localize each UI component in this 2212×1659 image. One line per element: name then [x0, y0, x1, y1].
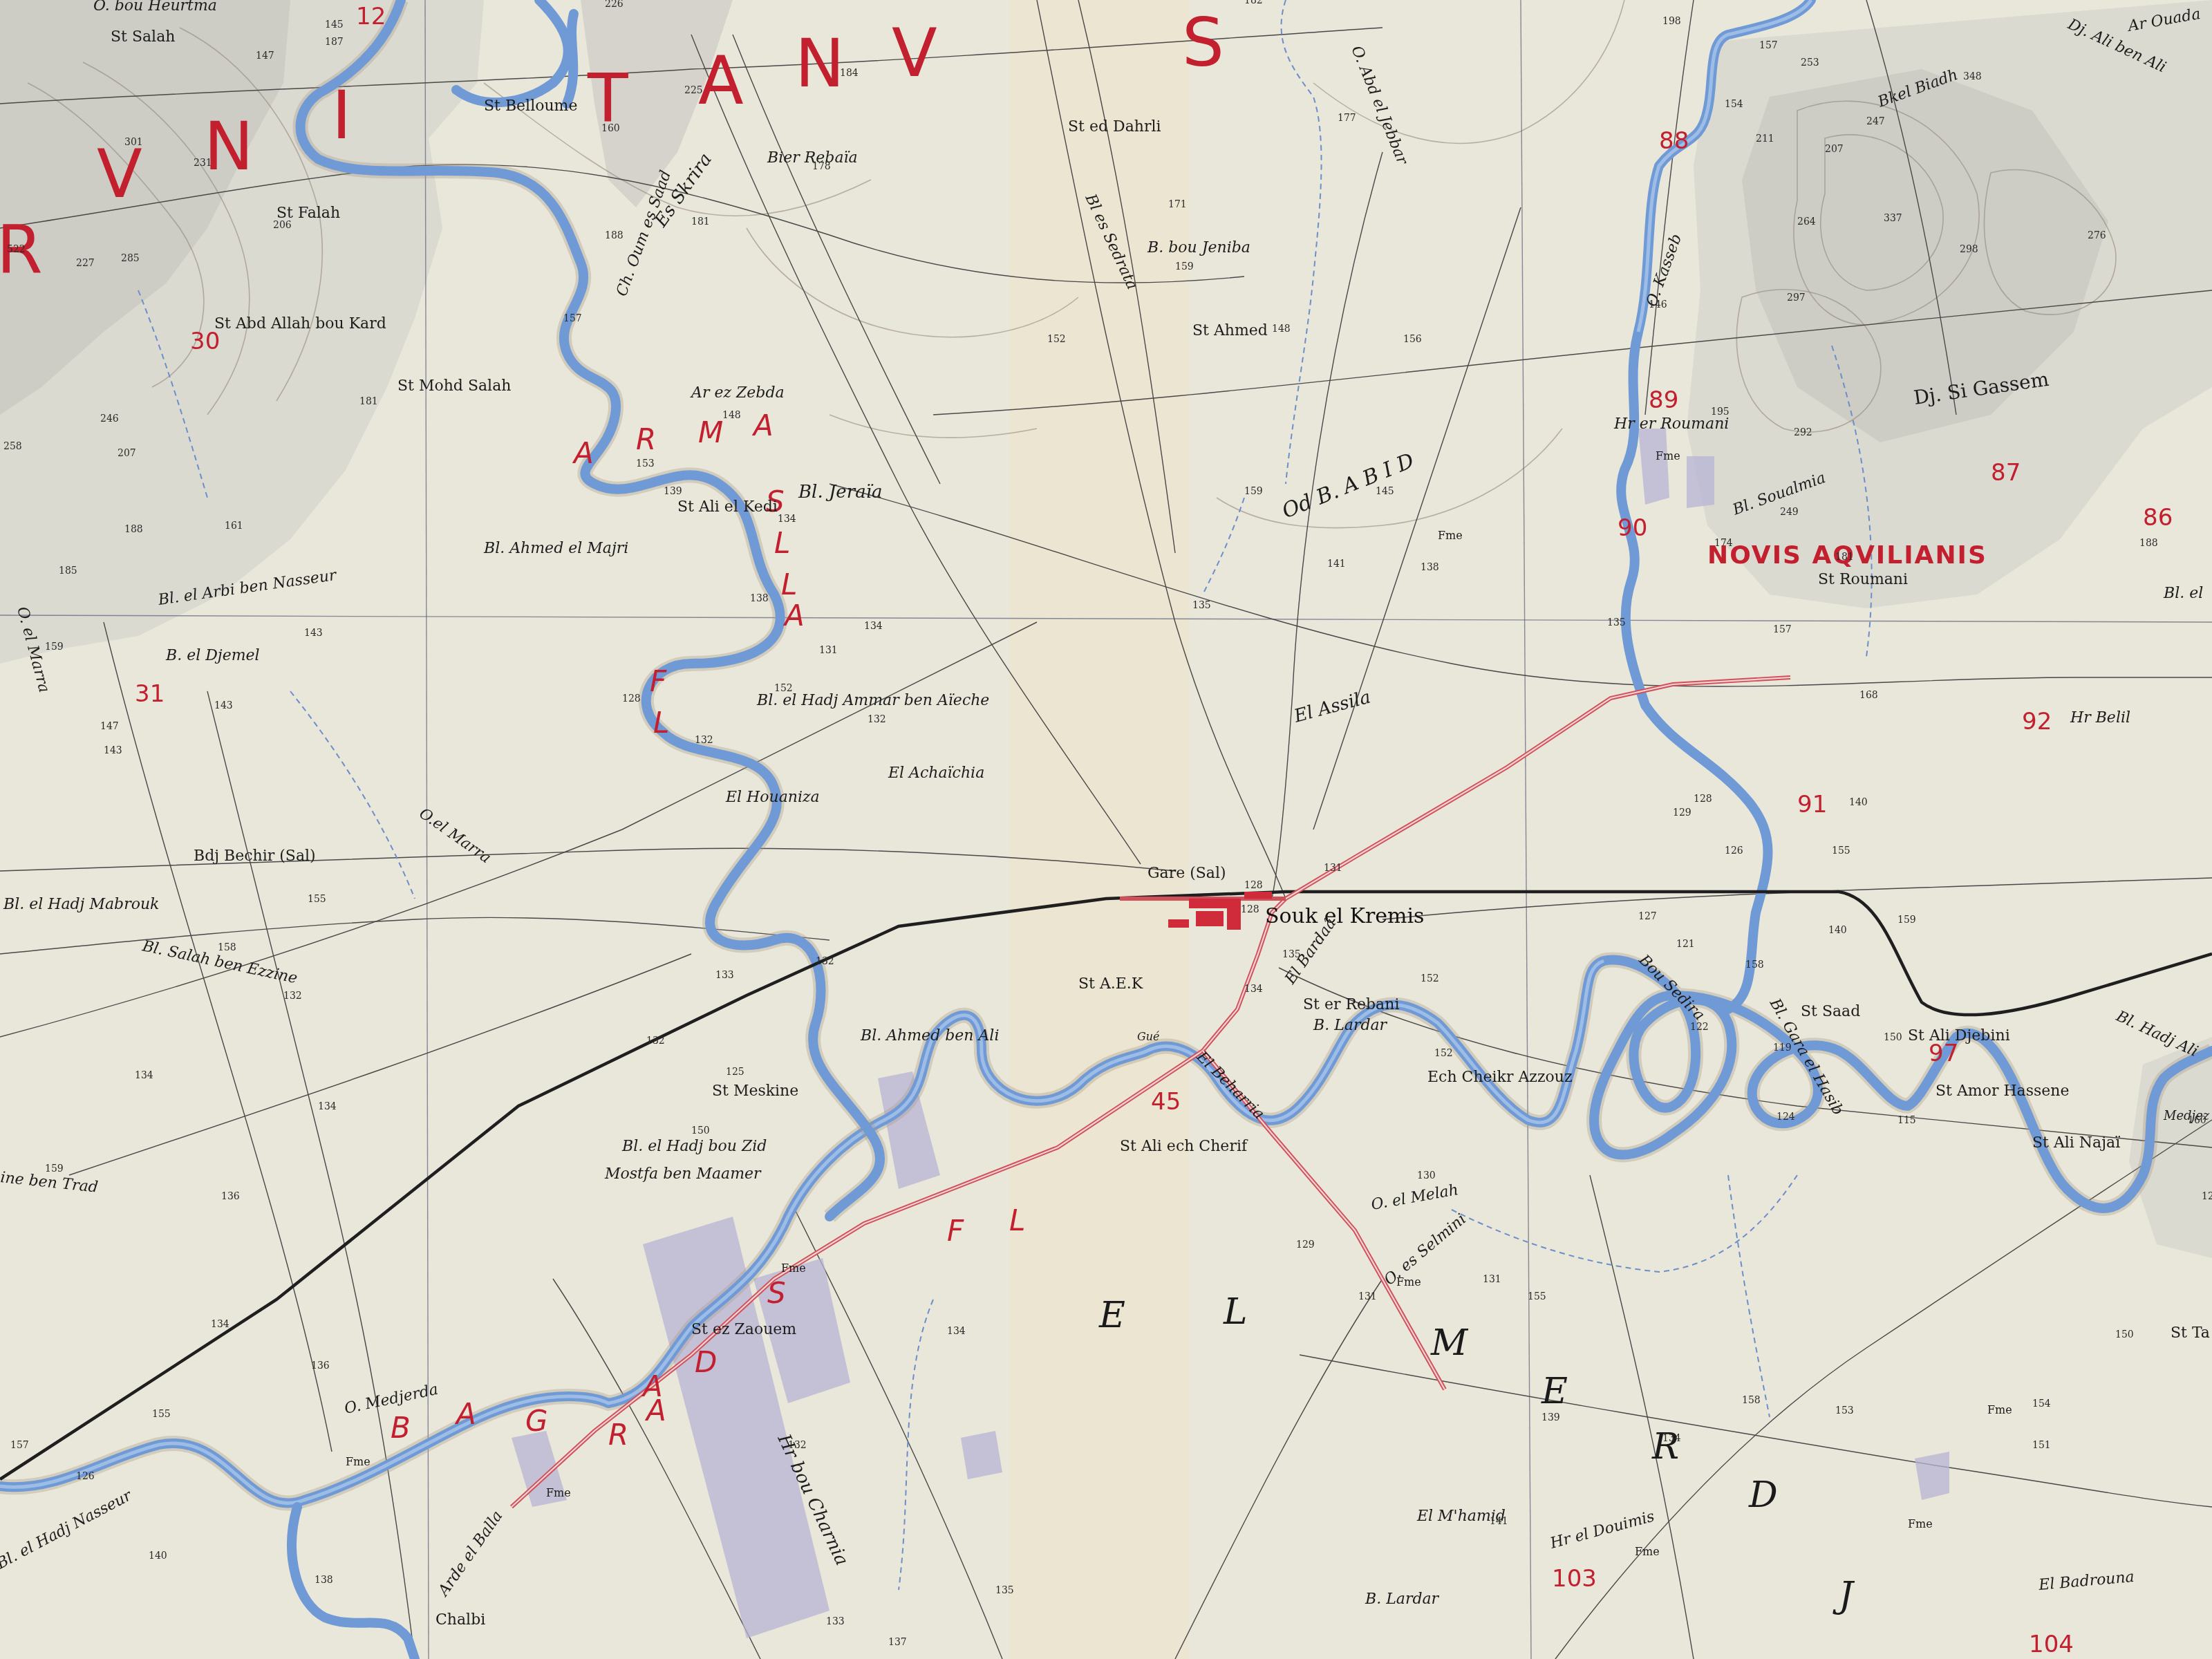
spot-elevation: 171 — [1168, 199, 1187, 210]
spot-elevation: 156 — [1403, 334, 1422, 345]
spot-elevation: 258 — [3, 441, 22, 452]
svg-text:L: L — [1223, 1291, 1248, 1333]
spot-elevation: 134 — [211, 1319, 229, 1330]
svg-text:12: 12 — [356, 3, 386, 30]
spot-elevation: 145 — [325, 19, 344, 30]
svg-text:Bl. el Hadj bou Zid: Bl. el Hadj bou Zid — [621, 1138, 767, 1155]
spot-elevation: 182 — [1244, 0, 1263, 6]
svg-text:B. bou Jeniba: B. bou Jeniba — [1147, 239, 1250, 256]
svg-text:45: 45 — [1151, 1088, 1181, 1116]
spot-elevation: 161 — [225, 521, 243, 532]
spot-elevation: 155 — [1832, 845, 1850, 856]
spot-elevation: 143 — [104, 745, 122, 756]
svg-text:Fme: Fme — [1635, 1545, 1660, 1558]
spot-elevation: 337 — [1884, 213, 1902, 224]
svg-text:F: F — [650, 664, 667, 698]
spot-elevation: 181 — [359, 396, 378, 407]
spot-elevation: 128 — [1241, 904, 1259, 915]
spot-elevation: 146 — [1649, 299, 1667, 310]
svg-text:St er Rebani: St er Rebani — [1303, 996, 1399, 1013]
spot-elevation: 155 — [308, 894, 326, 905]
spot-elevation: 128 — [1694, 794, 1712, 805]
svg-text:St Ali el Kedi: St Ali el Kedi — [677, 498, 778, 516]
spot-elevation: 134 — [1662, 1433, 1681, 1444]
spot-elevation: 159 — [45, 1163, 64, 1174]
svg-text:St A.E.K: St A.E.K — [1078, 975, 1143, 993]
spot-elevation: 226 — [605, 0, 624, 10]
svg-text:St Abd Allah bou Kard: St Abd Allah bou Kard — [214, 315, 386, 332]
spot-elevation: 231 — [194, 158, 212, 169]
svg-text:Ar ez Zebda: Ar ez Zebda — [690, 384, 785, 402]
svg-text:St Roumani: St Roumani — [1818, 571, 1908, 588]
spot-elevation: 301 — [124, 137, 143, 148]
spot-elevation: 138 — [1421, 562, 1439, 573]
svg-text:86: 86 — [2143, 504, 2173, 532]
spot-elevation: 132 — [646, 1035, 665, 1047]
spot-elevation: 127 — [1638, 911, 1657, 922]
spot-elevation: 160 — [601, 123, 620, 134]
svg-text:A: A — [698, 42, 744, 120]
station-elevation: 128 — [1244, 880, 1263, 891]
svg-text:R: R — [636, 422, 656, 456]
spot-elevation: 207 — [118, 448, 136, 459]
spot-elevation: 131 — [819, 645, 838, 656]
spot-elevation: 285 — [121, 253, 140, 264]
spot-elevation: 126 — [76, 1471, 95, 1482]
spot-elevation: 157 — [10, 1440, 29, 1451]
spot-elevation: 198 — [1662, 16, 1681, 27]
svg-text:St Amor Hassene: St Amor Hassene — [1935, 1082, 2070, 1100]
spot-elevation: 148 — [722, 410, 741, 421]
svg-text:St ed Dahrli: St ed Dahrli — [1068, 118, 1161, 135]
svg-text:A: A — [782, 599, 805, 632]
spot-elevation: 253 — [1801, 57, 1819, 68]
svg-text:92: 92 — [2022, 708, 2052, 735]
spot-elevation: 153 — [636, 458, 655, 469]
spot-elevation: 157 — [563, 313, 582, 324]
spot-elevation: 132 — [695, 735, 713, 746]
spot-elevation: 139 — [664, 486, 682, 497]
svg-text:Chalbi: Chalbi — [435, 1611, 485, 1629]
svg-text:Hr er Roumani: Hr er Roumani — [1613, 415, 1729, 433]
spot-elevation: 188 — [2139, 538, 2158, 549]
spot-elevation: 131 — [1324, 863, 1342, 874]
spot-elevation: 132 — [788, 1440, 807, 1451]
spot-elevation: 125 — [726, 1067, 744, 1078]
spot-elevation: 129 — [1673, 807, 1691, 818]
svg-text:St Ali ech Cherif: St Ali ech Cherif — [1120, 1138, 1248, 1155]
svg-text:Bl. el Hadj Ammar ben Aïeche: Bl. el Hadj Ammar ben Aïeche — [756, 692, 989, 709]
spot-elevation: 121 — [1676, 939, 1695, 950]
spot-elevation: 140 — [1828, 925, 1847, 936]
spot-elevation: 184 — [840, 68, 859, 79]
svg-text:L: L — [1009, 1203, 1025, 1237]
spot-elevation: 138 — [315, 1575, 333, 1586]
svg-text:F: F — [947, 1214, 964, 1248]
svg-text:L: L — [781, 568, 797, 601]
svg-text:D: D — [1748, 1474, 1778, 1516]
spot-elevation: 153 — [1835, 1405, 1854, 1416]
spot-elevation: 178 — [812, 161, 831, 172]
spot-elevation: 522 — [7, 244, 26, 255]
svg-text:E: E — [1098, 1295, 1125, 1336]
spot-elevation: 136 — [221, 1191, 240, 1202]
svg-text:Bl. el: Bl. el — [2163, 585, 2203, 602]
spot-elevation: 133 — [826, 1616, 845, 1627]
spot-elevation: 181 — [1835, 552, 1854, 563]
svg-text:Fme: Fme — [346, 1455, 371, 1468]
svg-text:O. bou Heurtma: O. bou Heurtma — [93, 0, 217, 15]
spot-elevation: 139 — [1541, 1412, 1560, 1423]
spot-elevation: 160 — [2188, 1115, 2206, 1126]
spot-elevation: 141 — [1490, 1516, 1508, 1527]
svg-text:88: 88 — [1659, 127, 1689, 155]
svg-text:G: G — [525, 1404, 548, 1438]
spot-elevation: 150 — [691, 1125, 710, 1136]
spot-elevation: 133 — [715, 970, 734, 981]
spot-elevation: 135 — [1607, 617, 1626, 628]
spot-elevation: 157 — [1759, 40, 1778, 51]
svg-text:St Ahmed: St Ahmed — [1192, 322, 1268, 339]
spot-elevation: 276 — [2088, 230, 2106, 241]
spot-elevation: 151 — [2032, 1440, 2051, 1451]
spot-elevation: 174 — [1714, 538, 1733, 549]
spot-elevation: 159 — [1897, 915, 1916, 926]
spot-elevation: 145 — [1376, 486, 1394, 497]
spot-elevation: 137 — [888, 1637, 907, 1648]
svg-text:Bl. Ahmed el Majri: Bl. Ahmed el Majri — [483, 540, 628, 557]
svg-text:V: V — [892, 15, 937, 92]
svg-text:L: L — [774, 526, 790, 560]
svg-text:El Achaïchia: El Achaïchia — [888, 765, 984, 782]
spot-elevation: 264 — [1797, 216, 1816, 227]
spot-elevation: 348 — [1963, 71, 1982, 82]
spot-elevation: 138 — [750, 593, 769, 604]
spot-elevation: 148 — [1272, 324, 1291, 335]
spot-elevation: 155 — [1528, 1291, 1546, 1302]
spot-elevation: 152 — [1421, 973, 1439, 984]
svg-text:Fme: Fme — [1656, 449, 1680, 462]
svg-text:A: A — [641, 1369, 663, 1403]
spot-elevation: 141 — [1327, 559, 1346, 570]
svg-text:S: S — [1182, 4, 1224, 82]
svg-text:Fme: Fme — [1987, 1403, 2012, 1416]
spot-elevation: 134 — [947, 1326, 966, 1337]
svg-text:St Belloume: St Belloume — [484, 97, 577, 115]
spot-elevation: 124 — [1777, 1112, 1795, 1123]
spot-elevation: 131 — [1358, 1291, 1377, 1302]
svg-text:104: 104 — [2029, 1631, 2074, 1658]
spot-elevation: 132 — [283, 991, 302, 1002]
svg-text:31: 31 — [135, 680, 165, 708]
spot-elevation: 134 — [864, 621, 883, 632]
svg-text:S: S — [767, 1276, 786, 1310]
svg-text:91: 91 — [1797, 791, 1827, 818]
spot-elevation: 126 — [1725, 845, 1743, 856]
svg-text:B. el Djemel: B. el Djemel — [165, 647, 260, 664]
spot-elevation: 152 — [1047, 334, 1066, 345]
spot-elevation: 249 — [1780, 507, 1799, 518]
spot-elevation: 135 — [995, 1585, 1014, 1596]
spot-elevation: 292 — [1794, 427, 1812, 438]
svg-text:St Saad: St Saad — [1801, 1003, 1860, 1020]
svg-text:L: L — [653, 706, 669, 740]
svg-text:A: A — [454, 1397, 476, 1431]
station-label: Gare (Sal) — [1147, 865, 1226, 882]
spot-elevation: 211 — [1756, 133, 1774, 144]
spot-elevation: 159 — [45, 641, 64, 653]
svg-text:Bl. Jeraïa: Bl. Jeraïa — [798, 482, 883, 503]
spot-elevation: 187 — [325, 37, 344, 48]
spot-elevation: 134 — [778, 514, 796, 525]
svg-text:90: 90 — [1618, 514, 1647, 542]
spot-elevation: 147 — [256, 50, 274, 62]
spot-elevation: 154 — [1725, 99, 1743, 110]
svg-text:Fme: Fme — [781, 1262, 806, 1275]
spot-elevation: 168 — [1859, 690, 1878, 701]
spot-elevation: 140 — [149, 1550, 167, 1562]
spot-elevation: 132 — [868, 714, 886, 725]
spot-elevation: 152 — [774, 683, 793, 694]
svg-text:Hr Belil: Hr Belil — [2070, 709, 2130, 727]
spot-elevation: 115 — [1897, 1115, 1916, 1126]
spot-elevation: 143 — [304, 628, 323, 639]
svg-text:St Ta: St Ta — [2171, 1324, 2210, 1342]
spot-elevation: 225 — [684, 85, 703, 96]
svg-text:R: R — [608, 1418, 628, 1452]
spot-elevation: 135 — [1282, 949, 1301, 960]
spot-elevation: 246 — [100, 413, 119, 424]
spot-elevation: 135 — [1192, 600, 1211, 611]
spot-elevation: 122 — [1690, 1022, 1709, 1033]
spot-elevation: 207 — [1825, 144, 1844, 155]
svg-text:Ech Cheikr Azzouz: Ech Cheikr Azzouz — [1427, 1069, 1573, 1086]
svg-text:N: N — [204, 108, 254, 185]
spot-elevation: 152 — [1434, 1048, 1453, 1059]
spot-elevation: 195 — [1711, 406, 1730, 418]
svg-text:Gué: Gué — [1137, 1030, 1160, 1043]
svg-text:I: I — [332, 77, 351, 154]
svg-text:Fme: Fme — [1396, 1275, 1421, 1288]
spot-elevation: 131 — [1483, 1274, 1501, 1285]
spot-elevation: 181 — [691, 216, 710, 227]
svg-text:St Mohd Salah: St Mohd Salah — [397, 377, 511, 395]
svg-text:St Ali Najaï: St Ali Najaï — [2032, 1134, 2120, 1152]
spot-elevation: 157 — [1773, 624, 1792, 635]
svg-text:M: M — [1430, 1322, 1469, 1364]
spot-elevation: 297 — [1787, 292, 1806, 303]
svg-text:103: 103 — [1552, 1565, 1597, 1593]
spot-elevation: 119 — [1773, 1042, 1792, 1053]
svg-text:St Meskine: St Meskine — [712, 1082, 798, 1100]
svg-text:R: R — [1651, 1426, 1679, 1468]
spot-elevation: 150 — [2115, 1329, 2134, 1340]
spot-elevation: 185 — [59, 565, 77, 577]
spot-elevation: 143 — [214, 700, 233, 711]
svg-text:M: M — [698, 415, 723, 449]
spot-elevation: 128 — [622, 693, 641, 704]
svg-text:N: N — [795, 25, 845, 102]
svg-text:Fme: Fme — [1908, 1517, 1933, 1530]
svg-text:Mostfa ben Maamer: Mostfa ben Maamer — [604, 1165, 762, 1183]
svg-text:Bl. Ahmed ben Ali: Bl. Ahmed ben Ali — [860, 1027, 999, 1044]
spot-elevation: 188 — [124, 524, 143, 535]
svg-text:El Houaniza: El Houaniza — [725, 789, 820, 806]
spot-elevation: 298 — [1960, 244, 1978, 255]
topographic-map: R V N I T A N V S A R M A S L L A F L B … — [0, 0, 2212, 1659]
svg-text:A: A — [751, 409, 774, 442]
svg-text:E: E — [1541, 1371, 1568, 1412]
svg-text:Fme: Fme — [1438, 529, 1463, 542]
spot-elevation: 159 — [1175, 261, 1194, 272]
spot-elevation: 121 — [2202, 1191, 2212, 1202]
svg-text:B. Lardar: B. Lardar — [1313, 1017, 1388, 1034]
town-name: Souk el Kremis — [1265, 904, 1424, 928]
svg-text:Bdj Bechir (Sal): Bdj Bechir (Sal) — [194, 847, 316, 865]
svg-text:89: 89 — [1649, 386, 1678, 414]
svg-text:D: D — [695, 1345, 717, 1379]
spot-elevation: 132 — [816, 956, 834, 967]
spot-elevation: 154 — [2032, 1398, 2051, 1409]
spot-elevation: 188 — [605, 230, 624, 241]
spot-elevation: 158 — [1745, 959, 1764, 971]
spot-elevation: 158 — [218, 942, 236, 953]
spot-elevation: 177 — [1338, 113, 1356, 124]
svg-text:A: A — [572, 436, 594, 470]
spot-elevation: 130 — [1417, 1170, 1436, 1181]
svg-text:St Ali Djebini: St Ali Djebini — [1908, 1027, 2010, 1044]
svg-text:B: B — [391, 1411, 411, 1445]
svg-text:Fme: Fme — [546, 1486, 571, 1499]
spot-elevation: 134 — [318, 1101, 337, 1112]
spot-elevation: 206 — [273, 220, 292, 231]
spot-elevation: 134 — [1244, 984, 1263, 995]
spot-elevation: 129 — [1296, 1239, 1315, 1250]
spot-elevation: 158 — [1742, 1395, 1761, 1406]
svg-text:St ez Zaouem: St ez Zaouem — [691, 1321, 796, 1338]
spot-elevation: 159 — [1244, 486, 1263, 497]
spot-elevation: 134 — [135, 1070, 153, 1081]
svg-text:87: 87 — [1991, 459, 2021, 487]
svg-text:St Salah: St Salah — [111, 28, 175, 46]
svg-text:Bl. el Hadj Mabrouk: Bl. el Hadj Mabrouk — [3, 896, 159, 913]
spot-elevation: 247 — [1866, 116, 1885, 127]
spot-elevation: 227 — [76, 258, 95, 269]
spot-elevation: 147 — [100, 721, 119, 732]
spot-elevation: 150 — [1884, 1032, 1902, 1043]
spot-elevation: 155 — [152, 1409, 171, 1420]
spot-elevation: 140 — [1849, 797, 1868, 808]
spot-elevation: 136 — [311, 1360, 330, 1371]
svg-text:B. Lardar: B. Lardar — [1365, 1591, 1440, 1608]
